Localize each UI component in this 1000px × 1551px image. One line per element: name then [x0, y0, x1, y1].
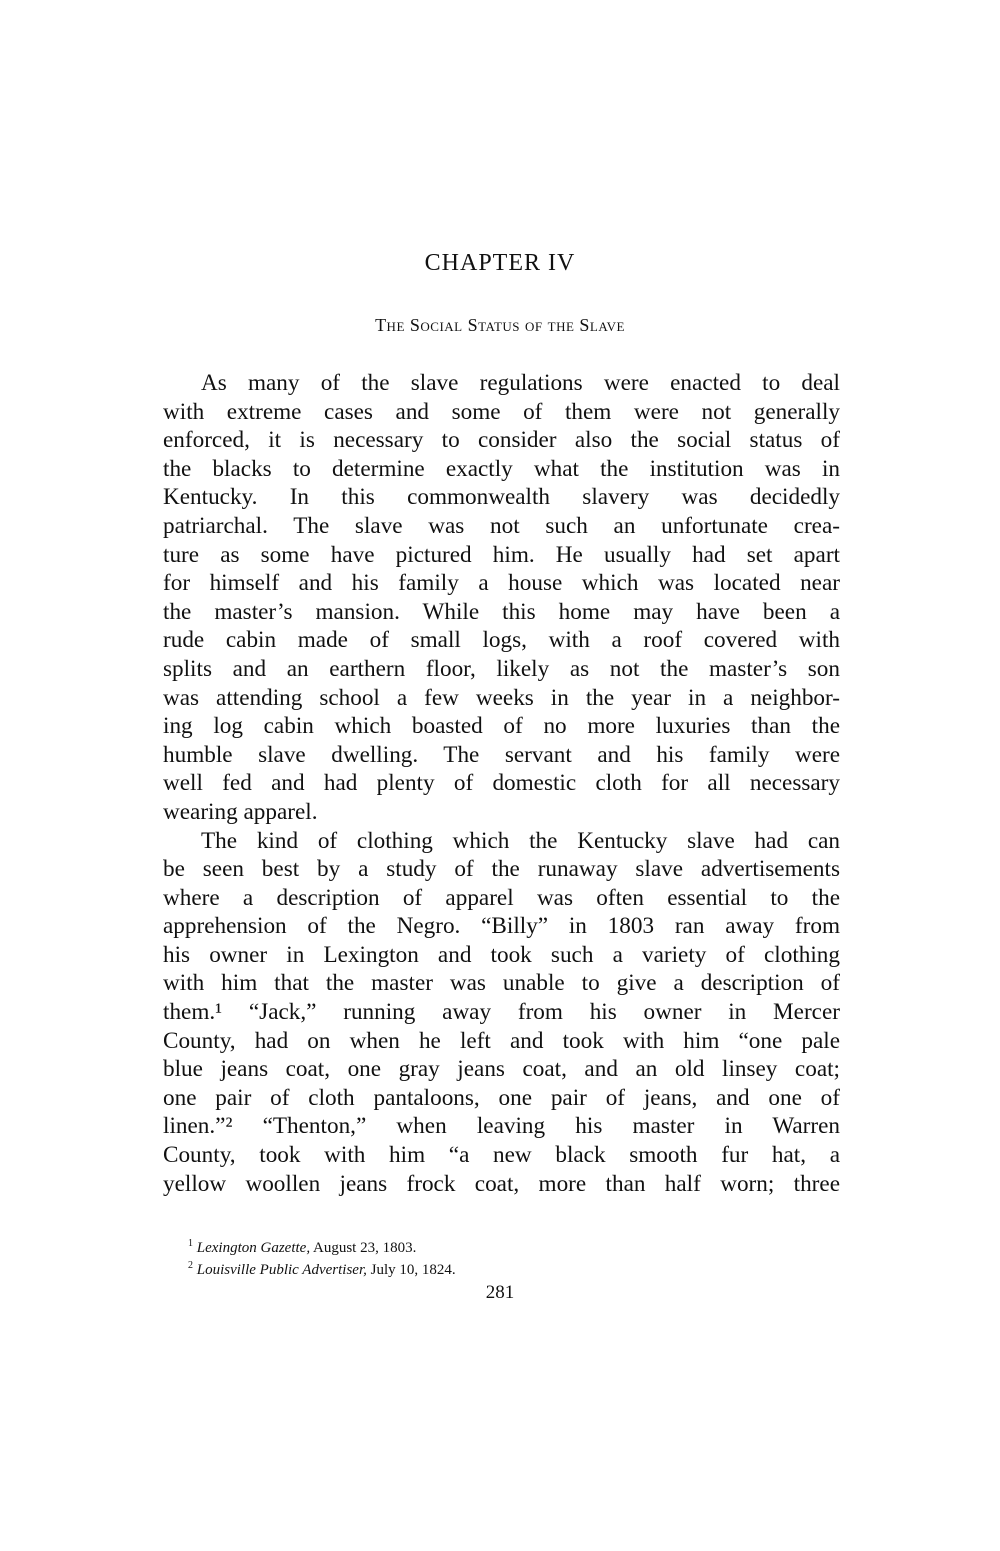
footnote-detail: July 10, 1824. — [367, 1262, 456, 1278]
text-line: rude cabin made of small logs, with a ro… — [163, 626, 840, 655]
text-line: The kind of clothing which the Kentucky … — [163, 827, 840, 856]
text-line: humble slave dwelling. The servant and h… — [163, 741, 840, 770]
text-line: the blacks to determine exactly what the… — [163, 455, 840, 484]
text-line: yellow woollen jeans frock coat, more th… — [163, 1170, 840, 1199]
text-line: ing log cabin which boasted of no more l… — [163, 712, 840, 741]
footnote-detail: August 23, 1803. — [310, 1240, 416, 1256]
footnote-source: Louisville Public Advertiser, — [197, 1262, 367, 1278]
chapter-subtitle: The Social Status of the Slave — [0, 315, 1000, 336]
text-line: his owner in Lexington and took such a v… — [163, 941, 840, 970]
body-text: As many of the slave regulations were en… — [163, 369, 840, 1198]
footnote-2: 2 Louisville Public Advertiser, July 10,… — [188, 1260, 456, 1279]
text-line: ture as some have pictured him. He usual… — [163, 541, 840, 570]
text-line: patriarchal. The slave was not such an u… — [163, 512, 840, 541]
text-line: was attending school a few weeks in the … — [163, 684, 840, 713]
page-number: 281 — [0, 1282, 1000, 1304]
text-line: the master’s mansion. While this home ma… — [163, 598, 840, 627]
text-line: enforced, it is necessary to consider al… — [163, 426, 840, 455]
text-line: apprehension of the Negro. “Billy” in 18… — [163, 912, 840, 941]
text-line: be seen best by a study of the runaway s… — [163, 855, 840, 884]
text-line: with him that the master was unable to g… — [163, 969, 840, 998]
footnote-1: 1 Lexington Gazette, August 23, 1803. — [188, 1238, 416, 1257]
text-line: one pair of cloth pantaloons, one pair o… — [163, 1084, 840, 1113]
footnote-source: Lexington Gazette, — [197, 1240, 310, 1256]
footnote-number: 1 — [188, 1238, 193, 1249]
text-line: where a description of apparel was often… — [163, 884, 840, 913]
text-line: Kentucky. In this commonwealth slavery w… — [163, 483, 840, 512]
text-line: with extreme cases and some of them were… — [163, 398, 840, 427]
text-line: wearing apparel. — [163, 798, 840, 827]
text-line: for himself and his family a house which… — [163, 569, 840, 598]
text-line: well fed and had plenty of domestic clot… — [163, 769, 840, 798]
footnote-number: 2 — [188, 1260, 193, 1271]
text-line: blue jeans coat, one gray jeans coat, an… — [163, 1055, 840, 1084]
text-line: As many of the slave regulations were en… — [163, 369, 840, 398]
text-line: splits and an earthern floor, likely as … — [163, 655, 840, 684]
text-line: County, had on when he left and took wit… — [163, 1027, 840, 1056]
text-line: linen.”² “Thenton,” when leaving his mas… — [163, 1112, 840, 1141]
text-line: County, took with him “a new black smoot… — [163, 1141, 840, 1170]
chapter-heading: CHAPTER IV — [0, 250, 1000, 277]
text-line: them.¹ “Jack,” running away from his own… — [163, 998, 840, 1027]
